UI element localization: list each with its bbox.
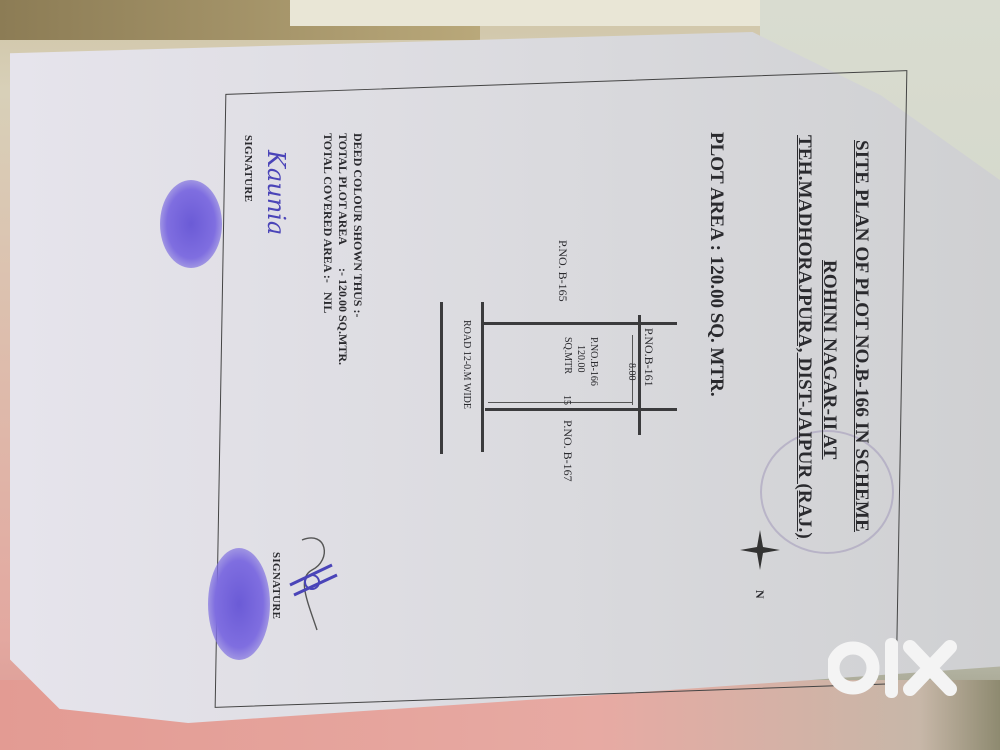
plot-boundary-top: [482, 322, 677, 325]
label-road: ROAD 12-0.M WIDE: [461, 320, 472, 409]
olx-watermark-logo: [828, 633, 958, 703]
label-subject-plot-unit: SQ.MTR: [562, 337, 573, 374]
label-subject-plot-number: P.NO.B-166: [588, 337, 599, 386]
signature-handwriting-left: Kaunia: [262, 150, 290, 235]
label-plot-east: P.NO. B-167: [560, 420, 575, 482]
background-paper-stack: [290, 0, 760, 26]
olx-logo-icon: [828, 633, 958, 703]
document-title-line-1: SITE PLAN OF PLOT NO.B-166 IN SCHEME: [850, 140, 872, 532]
plot-boundary-bottom: [485, 408, 677, 411]
label-subject-plot-area: 120.00: [575, 345, 586, 373]
signature-scribble-right: [282, 530, 342, 640]
road-edge: [440, 302, 443, 454]
compass-star-icon: [738, 528, 782, 572]
label-width-dimension: 8.00: [626, 363, 637, 381]
label-plot-north: P.NO.B-161: [641, 328, 656, 387]
thumbprint-right: [208, 548, 270, 660]
legend-total-covered-area-value: NIL: [320, 292, 335, 313]
signature-label-left: SIGNATURE: [242, 135, 254, 202]
legend-deed-colour: DEED COLOUR SHOWN THUS :-: [350, 133, 365, 317]
thumbprint-left: [160, 180, 222, 268]
legend-total-plot-area-value: :- 120.00 SQ.MTR.: [335, 268, 350, 365]
legend-total-covered-area-label: TOTAL COVERED AREA :-: [320, 133, 335, 283]
legend-total-plot-area-label: TOTAL PLOT AREA: [335, 133, 350, 245]
label-plot-west: P.NO. B-165: [555, 240, 570, 302]
signature-label-right: SIGNATURE: [270, 552, 282, 619]
label-length-dimension: 15: [561, 395, 572, 405]
document-title-line-3: TEH.MADHORAJPURA, DIST-JAIPUR (RAJ.): [793, 135, 815, 539]
document-title-line-2: ROHINI NAGAR-II AT: [818, 260, 840, 460]
plot-boundary-road-side: [481, 302, 484, 452]
compass-north-label: N: [752, 590, 767, 599]
plot-area-heading: PLOT AREA : 120.00 SQ. MTR.: [705, 132, 727, 397]
